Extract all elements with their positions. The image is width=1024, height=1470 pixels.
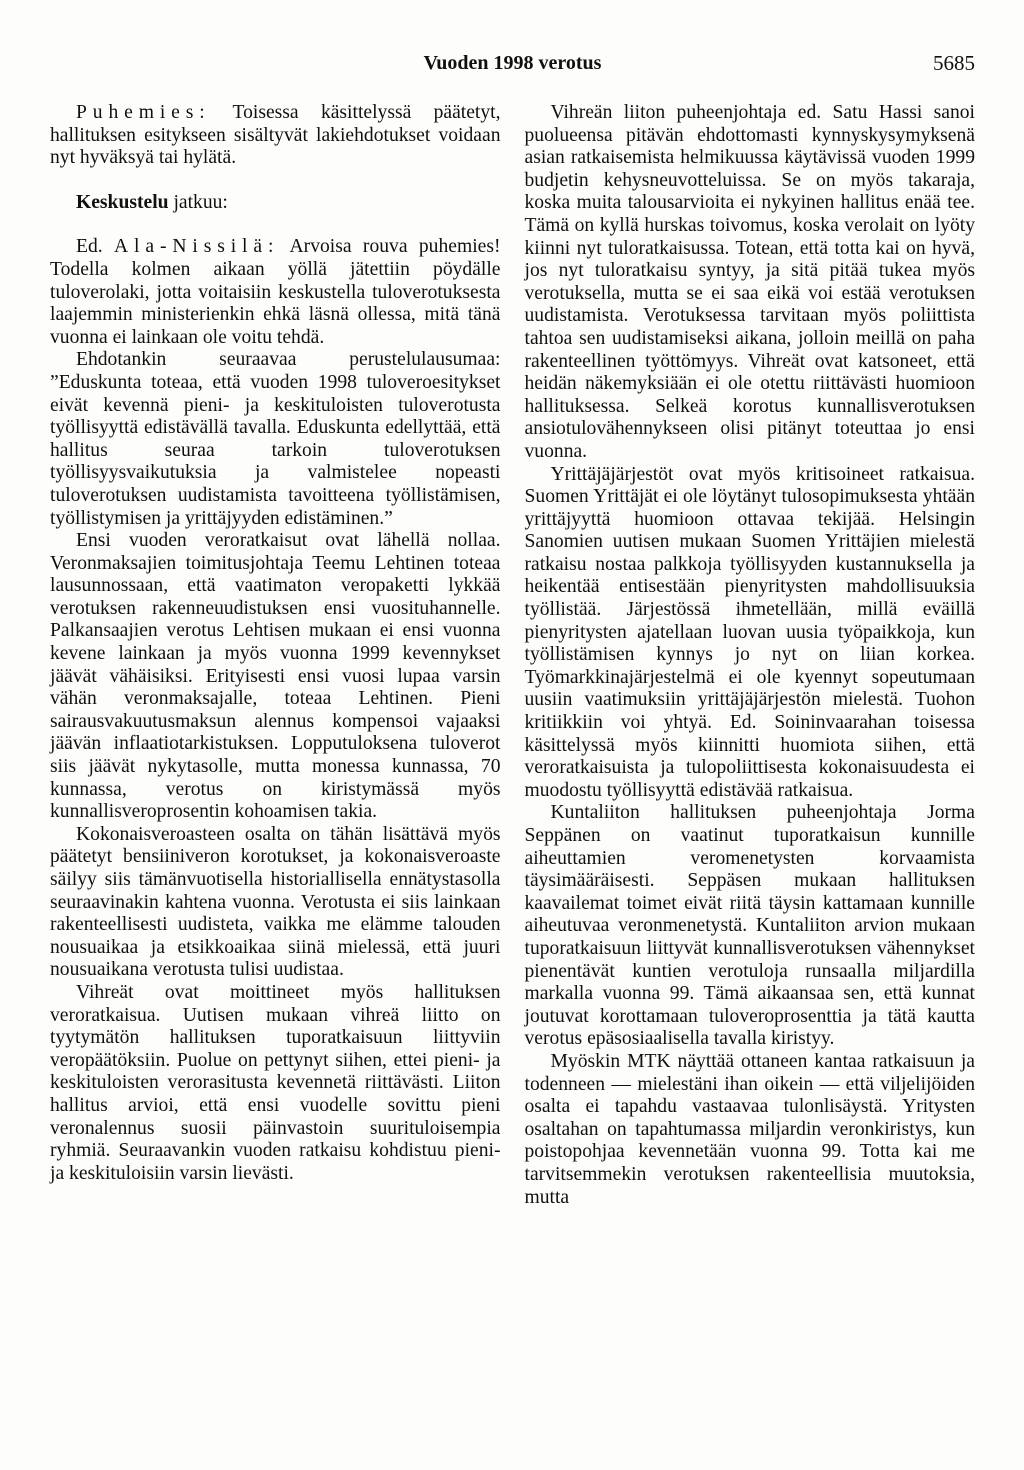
paragraph-text: Kokonaisveroasteen osalta on tähän lisät… <box>50 824 501 981</box>
running-title: Vuoden 1998 verotus <box>50 52 975 75</box>
paragraph-text: Vihreän liiton puheenjohtaja ed. Satu Ha… <box>525 102 976 462</box>
paragraph-text: Vihreät ovat moittineet myös hallituksen… <box>50 982 501 1184</box>
paragraph-text: Myöskin MTK näyttää ottaneen kantaa ratk… <box>525 1051 976 1208</box>
paragraph-mtk: Myöskin MTK näyttää ottaneen kantaa ratk… <box>525 1051 976 1209</box>
paragraph-text: jatkuu: <box>169 192 228 213</box>
paragraph-text: Ensi vuoden veroratkaisut ovat lähellä n… <box>50 530 501 822</box>
paragraph-text: Ehdotankin seuraavaa perustelulausumaa: … <box>50 349 501 528</box>
page-number: 5685 <box>933 51 975 76</box>
text-columns: Puhemies: Toisessa käsittelyssä päätetyt… <box>50 102 975 1209</box>
left-column: Puhemies: Toisessa käsittelyssä päätetyt… <box>50 102 501 1209</box>
paragraph-total-tax-rate: Kokonaisveroasteen osalta on tähän lisät… <box>50 824 501 982</box>
right-column: Vihreän liiton puheenjohtaja ed. Satu Ha… <box>525 102 976 1209</box>
keyword-keskustelu: Keskustelu <box>76 192 169 213</box>
paragraph-chair-statement: Puhemies: Toisessa käsittelyssä päätetyt… <box>50 102 501 170</box>
speaker-label-puhemies: Puhemies: <box>76 102 211 123</box>
paragraph-ala-nissila-speech: Ed. Ala-Nissilä: Arvoisa rouva puhemies!… <box>50 236 501 349</box>
speaker-prefix-ed: Ed. <box>76 236 114 257</box>
paragraph-resolution-proposal: Ehdotankin seuraavaa perustelulausumaa: … <box>50 349 501 530</box>
paragraph-greens-criticism: Vihreät ovat moittineet myös hallituksen… <box>50 982 501 1185</box>
speaker-label-ala-nissila: Ala-Nissilä: <box>114 236 279 257</box>
document-page: Vuoden 1998 verotus 5685 Puhemies: Toise… <box>0 0 1024 1470</box>
paragraph-discussion-continues: Keskustelu jatkuu: <box>50 192 501 215</box>
paragraph-kuntaliitto: Kuntaliiton hallituksen puheenjohtaja Jo… <box>525 802 976 1051</box>
paragraph-text: Kuntaliiton hallituksen puheenjohtaja Jo… <box>525 802 976 1049</box>
paragraph-tax-decisions: Ensi vuoden veroratkaisut ovat lähellä n… <box>50 530 501 824</box>
paragraph-text: Yrittäjäjärjestöt ovat myös kritisoineet… <box>525 464 976 801</box>
paragraph-satu-hassi: Vihreän liiton puheenjohtaja ed. Satu Ha… <box>525 102 976 464</box>
paragraph-entrepreneur-organizations: Yrittäjäjärjestöt ovat myös kritisoineet… <box>525 464 976 803</box>
page-header: Vuoden 1998 verotus 5685 <box>50 52 975 82</box>
